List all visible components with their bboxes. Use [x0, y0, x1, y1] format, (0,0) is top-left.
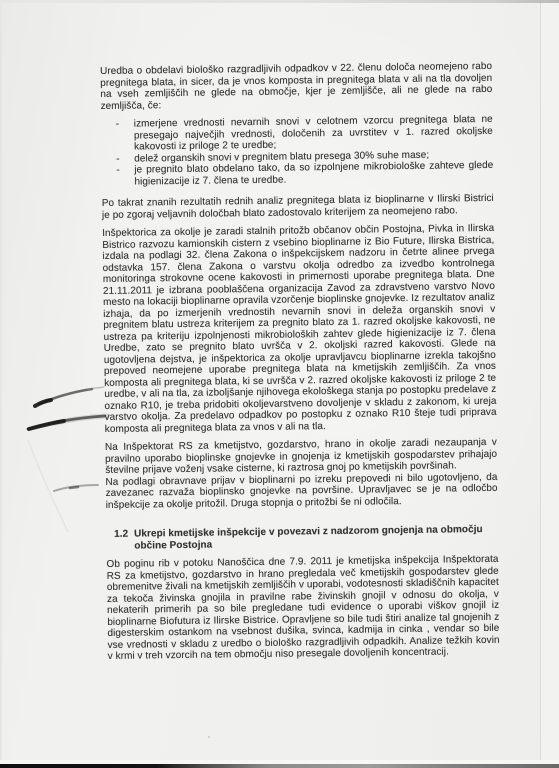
scanner-background-band — [541, 0, 559, 768]
paragraph-ob-poginu: Ob poginu rib v potoku Nanoščica dne 7.9… — [106, 554, 499, 663]
pencil-mark-1-tip — [35, 400, 51, 406]
section-number: 1.2 — [114, 529, 134, 552]
bullet-text: izmerjene vrednosti nevarnih snovi v cel… — [134, 114, 493, 153]
scan-edge-bottom — [0, 764, 559, 768]
bullet-item-1: - izmerjene vrednosti nevarnih snovi v c… — [101, 114, 493, 154]
bullet-dash: - — [116, 165, 134, 188]
pencil-mark-2-tip — [29, 421, 64, 429]
bullet-list: - izmerjene vrednosti nevarnih snovi v c… — [101, 114, 494, 188]
pencil-mark-2 — [28, 416, 104, 429]
pencil-mark-2-smudge — [55, 416, 107, 423]
section-heading-1-2: 1.2 Ukrepi kmetijske inšpekcije v poveza… — [114, 524, 498, 552]
paragraph-na-inspektorat: Na Inšpektorat RS za kmetijstvo, gozdars… — [105, 437, 497, 477]
bullet-dash: - — [116, 153, 134, 165]
pencil-mark-1-tail — [88, 387, 104, 389]
bullet-text: je pregnito blato obdelano tako, da so i… — [134, 160, 493, 188]
bullet-item-3: - je pregnito blato obdelano tako, da so… — [101, 160, 493, 188]
section-title: Ukrepi kmetijske inšpekcije v povezavi z… — [134, 524, 498, 552]
page-edge-left — [0, 0, 2, 768]
pencil-mark-3 — [54, 485, 98, 491]
paper-speck — [208, 736, 210, 738]
paper-edge-line — [540, 0, 541, 768]
paragraph-uredba: Uredba o obdelavi biološko razgradljivih… — [100, 61, 493, 112]
paragraph-po-takrat: Po takrat znanih rezultatih rednih anali… — [102, 193, 494, 221]
document-body: Uredba o obdelavi biološko razgradljivih… — [100, 61, 500, 670]
paper-speck — [452, 341, 454, 342]
paragraph-na-podlagi: Na podlagi obravnave prijav v bioplinarn… — [105, 471, 497, 511]
paper-crease — [28, 440, 68, 532]
pencil-mark-1 — [40, 389, 92, 404]
bullet-dash: - — [116, 119, 134, 154]
scanned-document-page: Uredba o obdelavi biološko razgradljivih… — [0, 0, 559, 768]
paragraph-inspektorica: Inšpektorica za okolje je zaradi stalnih… — [102, 223, 497, 435]
pencil-mark-3-center — [70, 487, 78, 488]
page-edge-top — [0, 0, 559, 3]
